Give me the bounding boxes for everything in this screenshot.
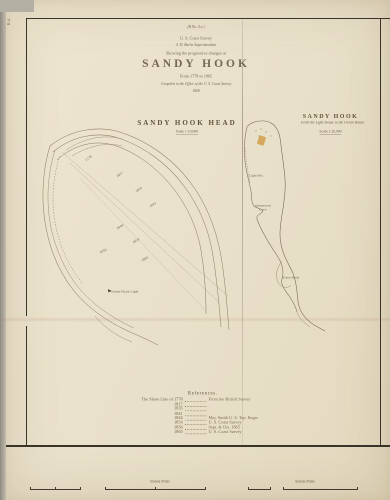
false-hook-label: False Hook: [283, 276, 299, 279]
sheet-title: SANDY HOOK: [96, 58, 296, 70]
scan-edge-strip: [0, 0, 6, 500]
scan-corner-patch: [0, 0, 34, 12]
border-bottom: [6, 445, 390, 447]
legend-title: References.: [138, 391, 268, 396]
legend-leader: [185, 408, 207, 412]
lighthouse-label: Sandy Hook Light: [111, 290, 139, 293]
border-top: [26, 18, 390, 19]
legend-row-label: 1865: [138, 430, 183, 434]
legend-leader: [185, 412, 207, 416]
right-map-title: SANDY HOOK: [283, 114, 378, 120]
legend-leader: [185, 417, 207, 421]
lighthouse-mark: ⚑Sandy Hook Light: [107, 280, 159, 298]
right-map-subtitle: From the Light House to the Ocean House: [301, 121, 360, 125]
spermaceti-cove-label-line1: Spermaceti: [255, 204, 271, 207]
spermaceti-cove-label-line2: Cove: [259, 208, 266, 211]
legend-row: 1865 U. S. Coast Survey: [138, 430, 268, 435]
archive-corner-mark: B 4: [7, 19, 12, 25]
compile-year: 1868: [144, 89, 248, 93]
left-map-scale: Scale 1:10,000: [144, 130, 230, 135]
title-block: (B No. 4 a.) U. S. Coast Survey A. D. Ba…: [96, 25, 296, 99]
plate-note: (B No. 4 a.): [144, 25, 248, 29]
border-left-lower: [26, 326, 27, 446]
legend-row-note: From the British Survey: [209, 398, 268, 402]
paper-crease-horizontal: [0, 317, 390, 322]
legend-row-note: U. S. Coast Survey: [209, 430, 268, 434]
left-map-title: SANDY HOOK HEAD: [118, 119, 256, 127]
scalebar-right-label: Statute Miles: [274, 480, 336, 484]
legend: References. The Shore Line of 1778 From …: [138, 391, 268, 434]
legend-leader: [185, 426, 207, 430]
superintendent-line: A. D. Bache Superintendent: [144, 43, 248, 47]
right-map-light-label: Light Ho.: [249, 174, 264, 177]
date-range: From 1778 to 1865: [136, 74, 256, 79]
compiled-line: Compiled in the Office of the U. S. Coas…: [144, 82, 248, 86]
scalebar-center-label: Statute Miles: [129, 480, 191, 484]
legend-leader: [185, 431, 207, 435]
border-left-upper: [26, 18, 27, 316]
descriptive-line: Showing the progressive changes at: [136, 51, 256, 56]
right-map-title-block: SANDY HOOK From the Light House to the O…: [283, 114, 378, 138]
legend-leader: [185, 421, 207, 425]
border-right: [380, 18, 381, 446]
legend-leader: [185, 403, 207, 407]
left-map-title-block: SANDY HOOK HEAD Scale 1:10,000: [118, 119, 256, 138]
legend-leader: [185, 398, 207, 402]
right-map-scale: Scale 1:20,000: [301, 130, 360, 135]
agency-line: U. S. Coast Survey: [136, 36, 256, 41]
